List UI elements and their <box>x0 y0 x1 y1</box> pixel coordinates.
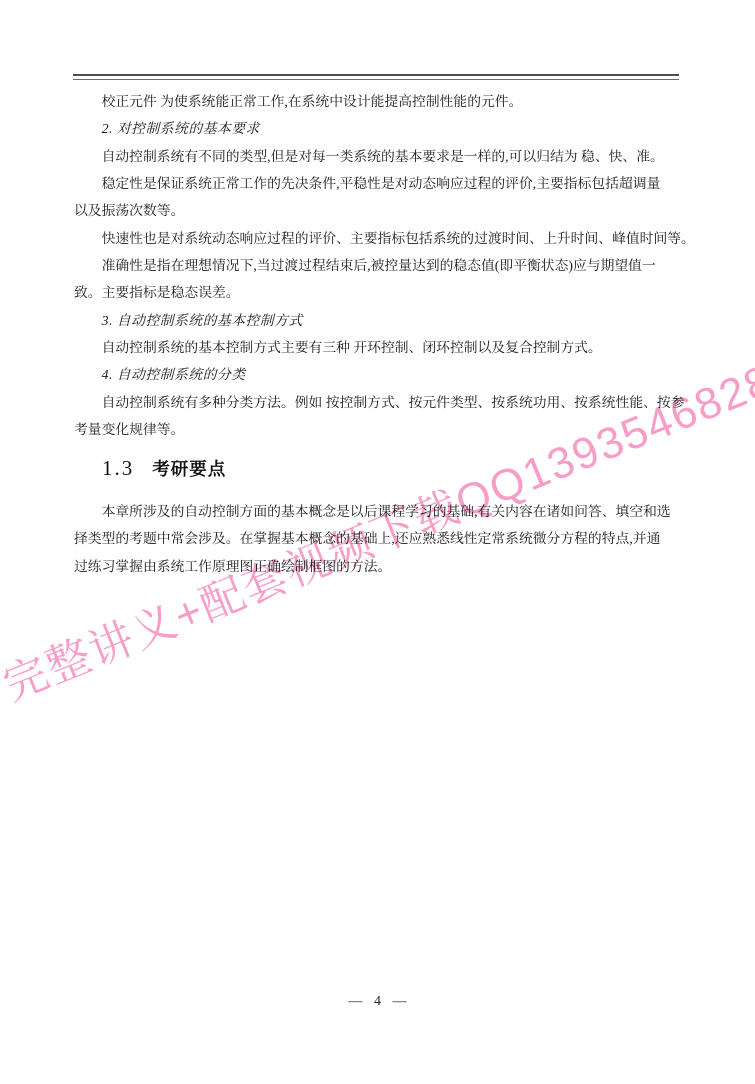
text-line: 考量变化规律等。 <box>74 416 686 443</box>
text-line: 校正元件 为使系统能正常工作,在系统中设计能提高控制性能的元件。 <box>74 88 686 115</box>
text-line: 致。主要指标是稳态误差。 <box>74 279 686 306</box>
numbered-item: 3. 自动控制系统的基本控制方式 <box>74 307 686 334</box>
text-line: 稳定性是保证系统正常工作的先决条件,平稳性是对动态响应过程的评价,主要指标包括超… <box>74 170 686 197</box>
numbered-item: 2. 对控制系统的基本要求 <box>74 115 686 142</box>
numbered-item: 4. 自动控制系统的分类 <box>74 361 686 388</box>
document-page: 校正元件 为使系统能正常工作,在系统中设计能提高控制性能的元件。 2. 对控制系… <box>0 0 755 1084</box>
text-line: 过练习掌握由系统工作原理图正确绘制框图的方法。 <box>74 553 686 580</box>
text-line: 准确性是指在理想情况下,当过渡过程结束后,被控量达到的稳态值(即平衡状态)应与期… <box>74 252 686 279</box>
text-line: 快速性也是对系统动态响应过程的评价、主要指标包括系统的过渡时间、上升时间、峰值时… <box>74 225 686 252</box>
section-2-body: 本章所涉及的自动控制方面的基本概念是以后课程学习的基础,有关内容在诸如问答、填空… <box>74 498 686 580</box>
section-number: 1.3 <box>102 456 134 481</box>
text-line: 自动控制系统有不同的类型,但是对每一类系统的基本要求是一样的,可以归结为 稳、快… <box>74 143 686 170</box>
section-1-body: 校正元件 为使系统能正常工作,在系统中设计能提高控制性能的元件。 2. 对控制系… <box>74 88 686 443</box>
header-double-rule <box>73 74 679 80</box>
text-line: 本章所涉及的自动控制方面的基本概念是以后课程学习的基础,有关内容在诸如问答、填空… <box>74 498 686 525</box>
text-line: 自动控制系统有多种分类方法。例如 按控制方式、按元件类型、按系统功用、按系统性能… <box>74 389 686 416</box>
text-line: 择类型的考题中常会涉及。在掌握基本概念的基础上,还应熟悉线性定常系统微分方程的特… <box>74 525 686 552</box>
text-line: 自动控制系统的基本控制方式主要有三种 开环控制、闭环控制以及复合控制方式。 <box>74 334 686 361</box>
page-number: — 4 — <box>0 994 755 1010</box>
section-title: 考研要点 <box>152 456 226 481</box>
section-heading: 1.3 考研要点 <box>102 451 226 485</box>
text-line: 以及振荡次数等。 <box>74 197 686 224</box>
